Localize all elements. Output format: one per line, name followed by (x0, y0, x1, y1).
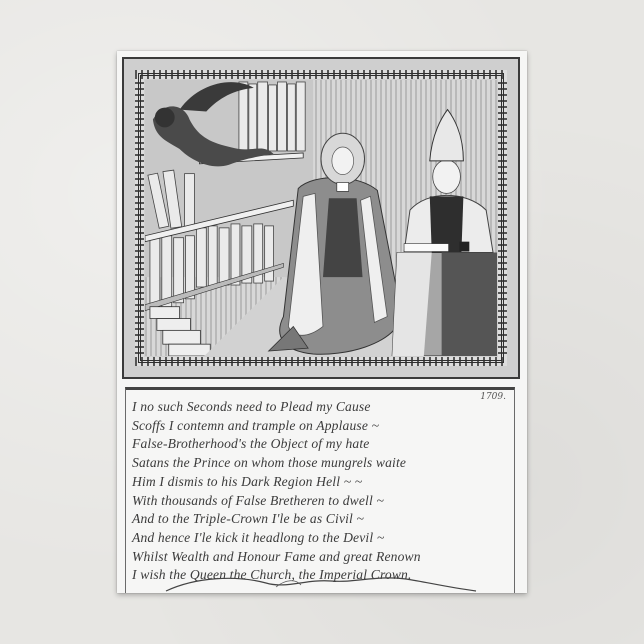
table-with-books (392, 242, 497, 356)
verse-line: And hence I'le kick it headlong to the D… (132, 529, 510, 548)
engraving-illustration (145, 80, 497, 356)
verse-panel: 1709. I no such Seconds need to Plead my… (125, 387, 515, 593)
postcard: 1709. I no such Seconds need to Plead my… (117, 51, 527, 593)
engraving-frame (122, 57, 520, 379)
verse-line: Scoffs I contemn and trample on Applause… (132, 417, 510, 436)
steps (150, 307, 210, 356)
engraving-scene (145, 80, 497, 356)
verse-line: Him I dismis to his Dark Region Hell ~ ~ (132, 473, 510, 492)
calligraphic-flourish (156, 573, 486, 593)
bishop-with-mitre (404, 110, 493, 253)
verse-line: False-Brotherhood's the Object of my hat… (132, 435, 510, 454)
verse-line: And to the Triple-Crown I'le be as Civil… (132, 510, 510, 529)
verse-line: With thousands of False Bretheren to dwe… (132, 492, 510, 511)
verse-line: I no such Seconds need to Plead my Cause (132, 398, 510, 417)
verse-line: Satans the Prince on whom those mungrels… (132, 454, 510, 473)
verse-text: I no such Seconds need to Plead my Cause… (132, 398, 510, 585)
verse-line: Whilst Wealth and Honour Fame and great … (132, 548, 510, 567)
